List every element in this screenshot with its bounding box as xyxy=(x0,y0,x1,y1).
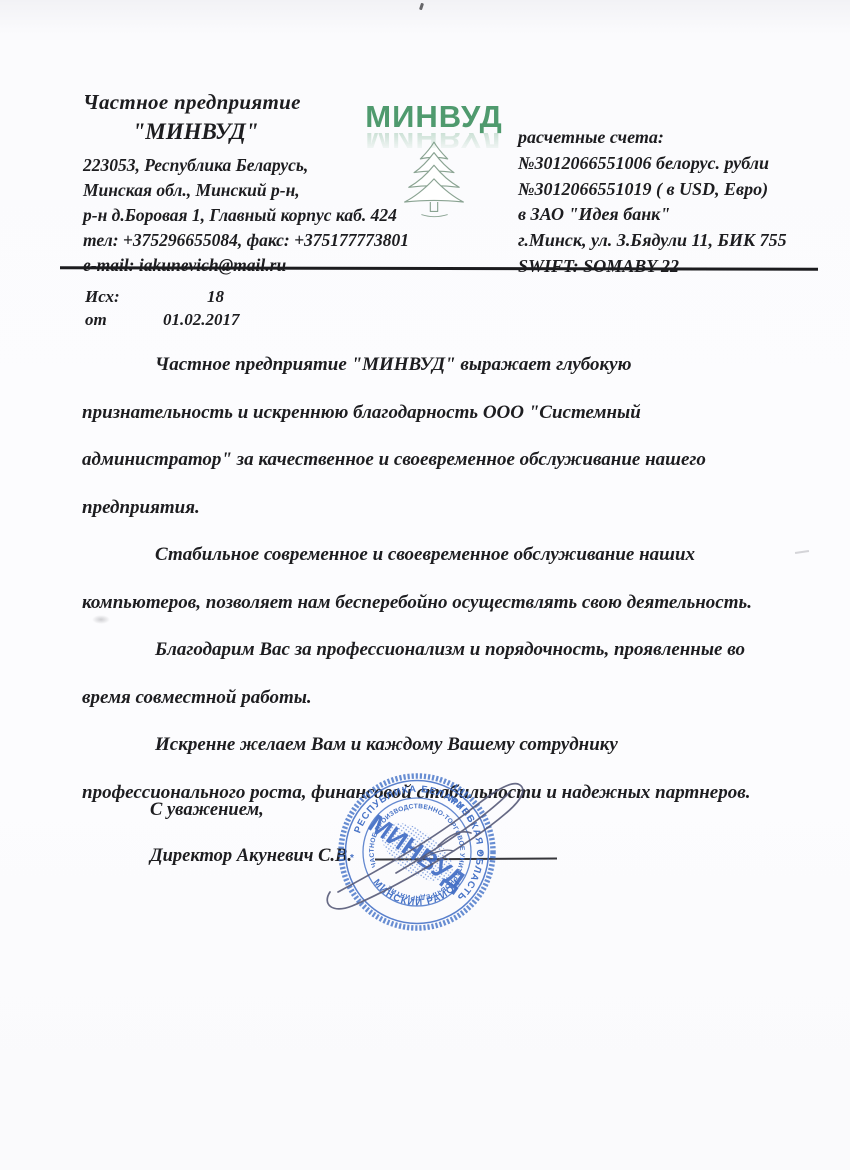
bank-details-title: расчетные счета: xyxy=(518,125,787,151)
closing-line: С уважением, xyxy=(150,800,264,821)
paragraph: Частное предприятие "МИНВУД" выражает гл… xyxy=(82,341,766,531)
letter-body: Частное предприятие "МИНВУД" выражает гл… xyxy=(82,341,766,816)
bank-details-block: расчетные счета: №3012066551006 белорус.… xyxy=(518,125,787,280)
handwritten-signature xyxy=(300,752,560,922)
scan-artifact-dash xyxy=(795,550,809,554)
bank-name: в ЗАО "Идея банк" xyxy=(518,202,787,228)
scan-artifact-smudge xyxy=(92,615,110,624)
outgoing-label: Исх: xyxy=(85,287,120,307)
bank-account-byn: №3012066551006 белорус. рубли xyxy=(518,151,787,177)
date-label: от xyxy=(85,310,107,330)
paragraph: Стабильное современное и своевременное о… xyxy=(82,531,766,626)
company-name: "МИНВУД" xyxy=(83,119,308,145)
date-value: 01.02.2017 xyxy=(163,310,240,330)
scanned-letter-page: Частное предприятие "МИНВУД" 223053, Рес… xyxy=(0,0,850,1170)
logo-wordmark: МИНВУД xyxy=(344,101,524,133)
company-logo: МИНВУД МИНВУД xyxy=(344,101,524,228)
bank-account-usd: №3012066551019 ( в USD, Евро) xyxy=(518,177,787,203)
paragraph: Благодарим Вас за профессионализм и поря… xyxy=(82,626,766,721)
logo-reflection: МИНВУД xyxy=(344,133,524,153)
bank-address: г.Минск, ул. З.Бядули 11, БИК 755 xyxy=(518,228,787,254)
scan-artifact-speck xyxy=(419,3,424,11)
outgoing-number: 18 xyxy=(207,287,224,307)
phone-fax-line: тел: +375296655084, факс: +375177773801 xyxy=(83,228,403,253)
